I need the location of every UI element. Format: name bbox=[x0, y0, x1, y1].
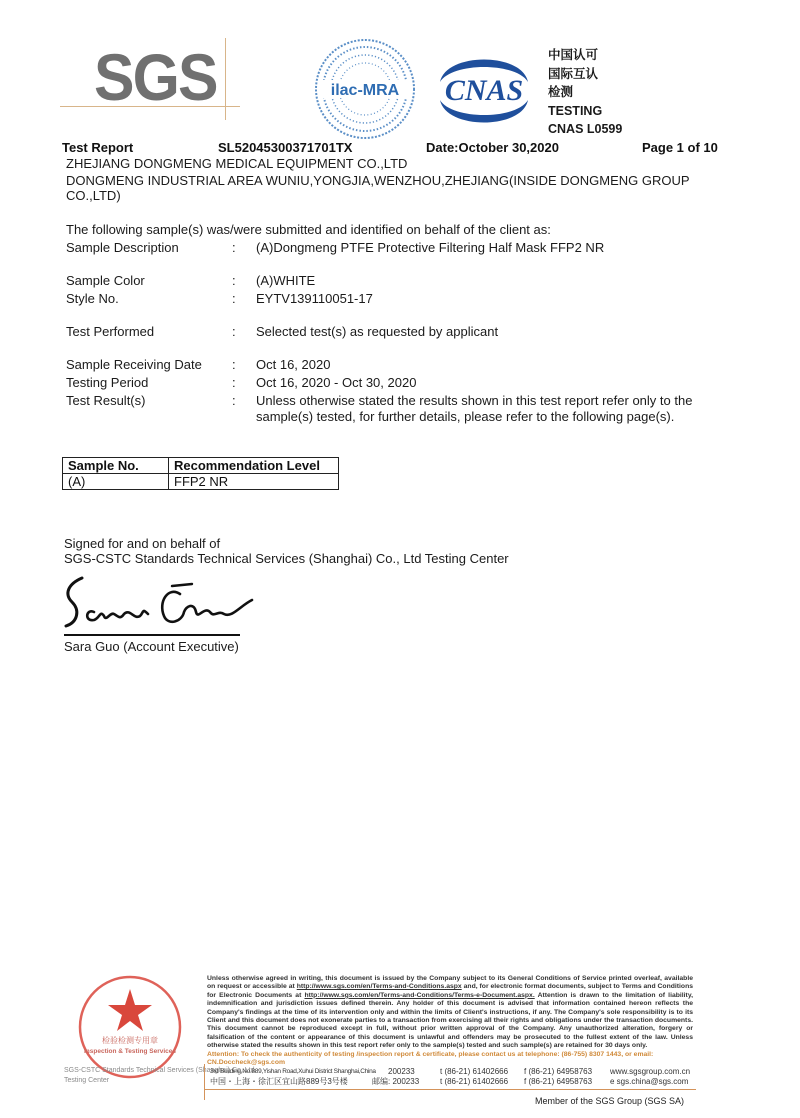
field-colon: : bbox=[232, 291, 236, 307]
table-header: Sample No. bbox=[63, 458, 169, 474]
cnas-line: 中国认可 bbox=[548, 46, 622, 65]
field-value-cont: sample(s) tested, for further details, p… bbox=[256, 409, 674, 425]
field-value: (A)WHITE bbox=[256, 273, 315, 289]
table-header-row: Sample No. Recommendation Level bbox=[63, 458, 339, 474]
field-colon: : bbox=[232, 273, 236, 289]
terms-link[interactable]: http://www.sgs.com/en/Terms-and-Conditio… bbox=[297, 983, 462, 990]
field-colon: : bbox=[232, 240, 236, 256]
page-indicator: Page 1 of 10 bbox=[642, 140, 718, 155]
signing-company: SGS-CSTC Standards Technical Services (S… bbox=[64, 551, 509, 567]
field-colon: : bbox=[232, 393, 236, 409]
email-link[interactable]: e sgs.china@sgs.com bbox=[610, 1076, 688, 1088]
cnas-line: 检测 bbox=[548, 83, 622, 102]
table-row: (A) FFP2 NR bbox=[63, 474, 339, 490]
legal-disclaimer: Unless otherwise agreed in writing, this… bbox=[207, 975, 693, 1051]
cnas-accreditation-text: 中国认可 国际互认 检测 TESTING CNAS L0599 bbox=[548, 46, 622, 139]
ilac-mra-logo: ilac-MRA bbox=[314, 38, 416, 140]
cnas-logo: CNAS bbox=[428, 44, 540, 134]
table-cell: (A) bbox=[63, 474, 169, 490]
field-label: Sample Color bbox=[66, 273, 145, 289]
field-value: Selected test(s) as requested by applica… bbox=[256, 324, 498, 340]
field-colon: : bbox=[232, 324, 236, 340]
signed-on-behalf: Signed for and on behalf of bbox=[64, 536, 220, 552]
postcode-cn: 邮编: 200233 bbox=[372, 1076, 419, 1088]
field-label: Test Result(s) bbox=[66, 393, 145, 409]
field-label: Sample Receiving Date bbox=[66, 357, 202, 373]
report-date: Date:October 30,2020 bbox=[426, 140, 559, 155]
signer-name: Sara Guo (Account Executive) bbox=[64, 639, 239, 655]
cnas-line: CNAS L0599 bbox=[548, 120, 622, 139]
sgs-group-membership: Member of the SGS Group (SGS SA) bbox=[535, 1096, 684, 1106]
field-value: Unless otherwise stated the results show… bbox=[256, 393, 692, 409]
table-header: Recommendation Level bbox=[169, 458, 339, 474]
client-name: ZHEJIANG DONGMENG MEDICAL EQUIPMENT CO.,… bbox=[66, 156, 407, 172]
sgs-logo-text: SGS bbox=[94, 44, 217, 110]
svg-text:ilac-MRA: ilac-MRA bbox=[331, 82, 400, 99]
footer-divider bbox=[204, 1064, 205, 1100]
cnas-line: TESTING bbox=[548, 102, 622, 121]
footer-divider bbox=[204, 1089, 696, 1090]
field-colon: : bbox=[232, 375, 236, 391]
report-header: Test Report SL52045300371701TX Date:Octo… bbox=[62, 140, 742, 156]
report-label: Test Report bbox=[62, 140, 133, 155]
sgs-logo: SGS bbox=[60, 38, 245, 118]
cnas-line: 国际互认 bbox=[548, 65, 622, 84]
fax: f (86-21) 64958763 bbox=[524, 1076, 592, 1088]
report-number: SL52045300371701TX bbox=[218, 140, 352, 155]
table-cell: FFP2 NR bbox=[169, 474, 339, 490]
e-document-terms-link[interactable]: http://www.sgs.com/en/Terms-and-Conditio… bbox=[304, 992, 534, 999]
intro-text: The following sample(s) was/were submitt… bbox=[66, 222, 551, 238]
client-address-cont: CO.,LTD) bbox=[66, 188, 121, 204]
signature-line bbox=[64, 634, 240, 636]
legal-text: Attention is drawn to the limitation of … bbox=[207, 992, 693, 1049]
address-cn: 中国・上海・徐汇区宜山路889号3号楼 bbox=[210, 1076, 348, 1088]
client-address: DONGMENG INDUSTRIAL AREA WUNIU,YONGJIA,W… bbox=[66, 173, 690, 189]
field-label: Testing Period bbox=[66, 375, 148, 391]
field-label: Sample Description bbox=[66, 240, 179, 256]
svg-text:Inspection & Testing Services: Inspection & Testing Services bbox=[84, 1048, 176, 1055]
telephone: t (86-21) 61402666 bbox=[440, 1076, 508, 1088]
recommendation-table: Sample No. Recommendation Level (A) FFP2… bbox=[62, 457, 339, 490]
field-value: Oct 16, 2020 - Oct 30, 2020 bbox=[256, 375, 416, 391]
field-value: Oct 16, 2020 bbox=[256, 357, 330, 373]
field-value: EYTV139110051-17 bbox=[256, 291, 373, 307]
field-colon: : bbox=[232, 357, 236, 373]
svg-text:CNAS: CNAS bbox=[445, 74, 523, 107]
logo-divider bbox=[225, 38, 226, 120]
field-label: Style No. bbox=[66, 291, 119, 307]
logo-divider bbox=[60, 106, 240, 107]
field-value: (A)Dongmeng PTFE Protective Filtering Ha… bbox=[256, 240, 604, 256]
field-label: Test Performed bbox=[66, 324, 154, 340]
svg-text:检验检测专用章: 检验检测专用章 bbox=[102, 1035, 158, 1045]
handwritten-signature bbox=[60, 572, 270, 634]
